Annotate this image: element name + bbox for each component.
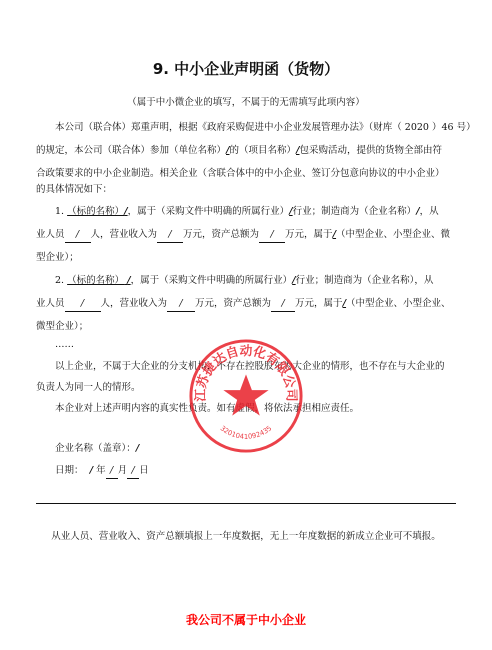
item-2-assets-value: / (271, 297, 295, 312)
item-1-revenue-value: / (157, 228, 183, 243)
company-seal-icon: 江苏捷达自动化有限公司 3201041092435 (187, 337, 305, 455)
svg-text:3201041092435: 3201041092435 (219, 424, 274, 441)
red-note: 我公司不属于中小企业 (0, 611, 492, 628)
intro-line-4: 的具体情况如下： (36, 183, 112, 197)
divider (36, 503, 456, 504)
item-2-line-3: 微型企业）； (36, 320, 88, 334)
date-line: 日期： / 年/月/日 (55, 464, 149, 479)
item-1-assets-value: / (259, 228, 285, 243)
intro-line-3: 合政策要求的中小企业制造。相关企业（含联合体中的中小企业、签订分包意向协议的中小… (36, 167, 445, 181)
document-subtitle: （属于中小微企业的填写，不属于的无需填写此项内容） (0, 94, 492, 108)
item-2-name: （标的名称） / (67, 275, 131, 286)
document-page: 9. 中小企业声明函（货物） （属于中小微企业的填写，不属于的无需填写此项内容）… (0, 0, 492, 650)
statement-1-line-2: 负责人为同一人的情形。 (36, 381, 141, 395)
item-2-line-1: 2. （标的名称） /，属于（采购文件中明确的所属行业）/行业；制造商为（企业名… (55, 274, 433, 288)
item-1-line-1: 1. （标的名称）/，属于（采购文件中明确的所属行业）/行业；制造商为（企业名称… (55, 205, 439, 219)
intro-line-1: 本公司（联合体）郑重声明，根据《政府采购促进中小企业发展管理办法》（财库（ 20… (55, 121, 476, 135)
day-value: / (127, 464, 139, 479)
footnote: 从业人员、营业收入、资产总额填报上一年度数据，无上一年度数据的新成立企业可不填报… (0, 528, 492, 542)
company-signature-line: 企业名称（盖章）：/ (55, 442, 139, 456)
statement-2: 本企业对上述声明内容的真实性负责。如有虚假，将依法承担相应责任。 (55, 402, 359, 416)
item-1-staff-value: / (65, 228, 91, 243)
statement-1-line-1: 以上企业，不属于大企业的分支机构，不存在控股股东为大企业的情形，也不存在与大企业… (55, 360, 445, 374)
item-1-line-3: 型企业）； (36, 251, 79, 265)
item-2-line-2: 业人员/人，营业收入为/万元，资产总额为/万元，属于/（中型企业、小型企业、 (36, 297, 451, 312)
item-1-name: （标的名称）/ (67, 206, 128, 217)
year-value: / (90, 465, 93, 476)
ellipsis: …… (55, 338, 74, 352)
month-value: / (106, 464, 118, 479)
company-name-value: / (136, 443, 139, 454)
item-1-line-2: 业人员/人，营业收入为/万元，资产总额为/万元，属于/（中型企业、小型企业、微 (36, 228, 450, 243)
item-2-staff-value: / (65, 297, 101, 312)
intro-line-2: 的规定，本公司（联合体）参加（单位名称）/的（项目名称）/包采购活动，提供的货物… (36, 144, 442, 158)
document-title: 9. 中小企业声明函（货物） (0, 58, 492, 79)
item-2-revenue-value: / (167, 297, 195, 312)
